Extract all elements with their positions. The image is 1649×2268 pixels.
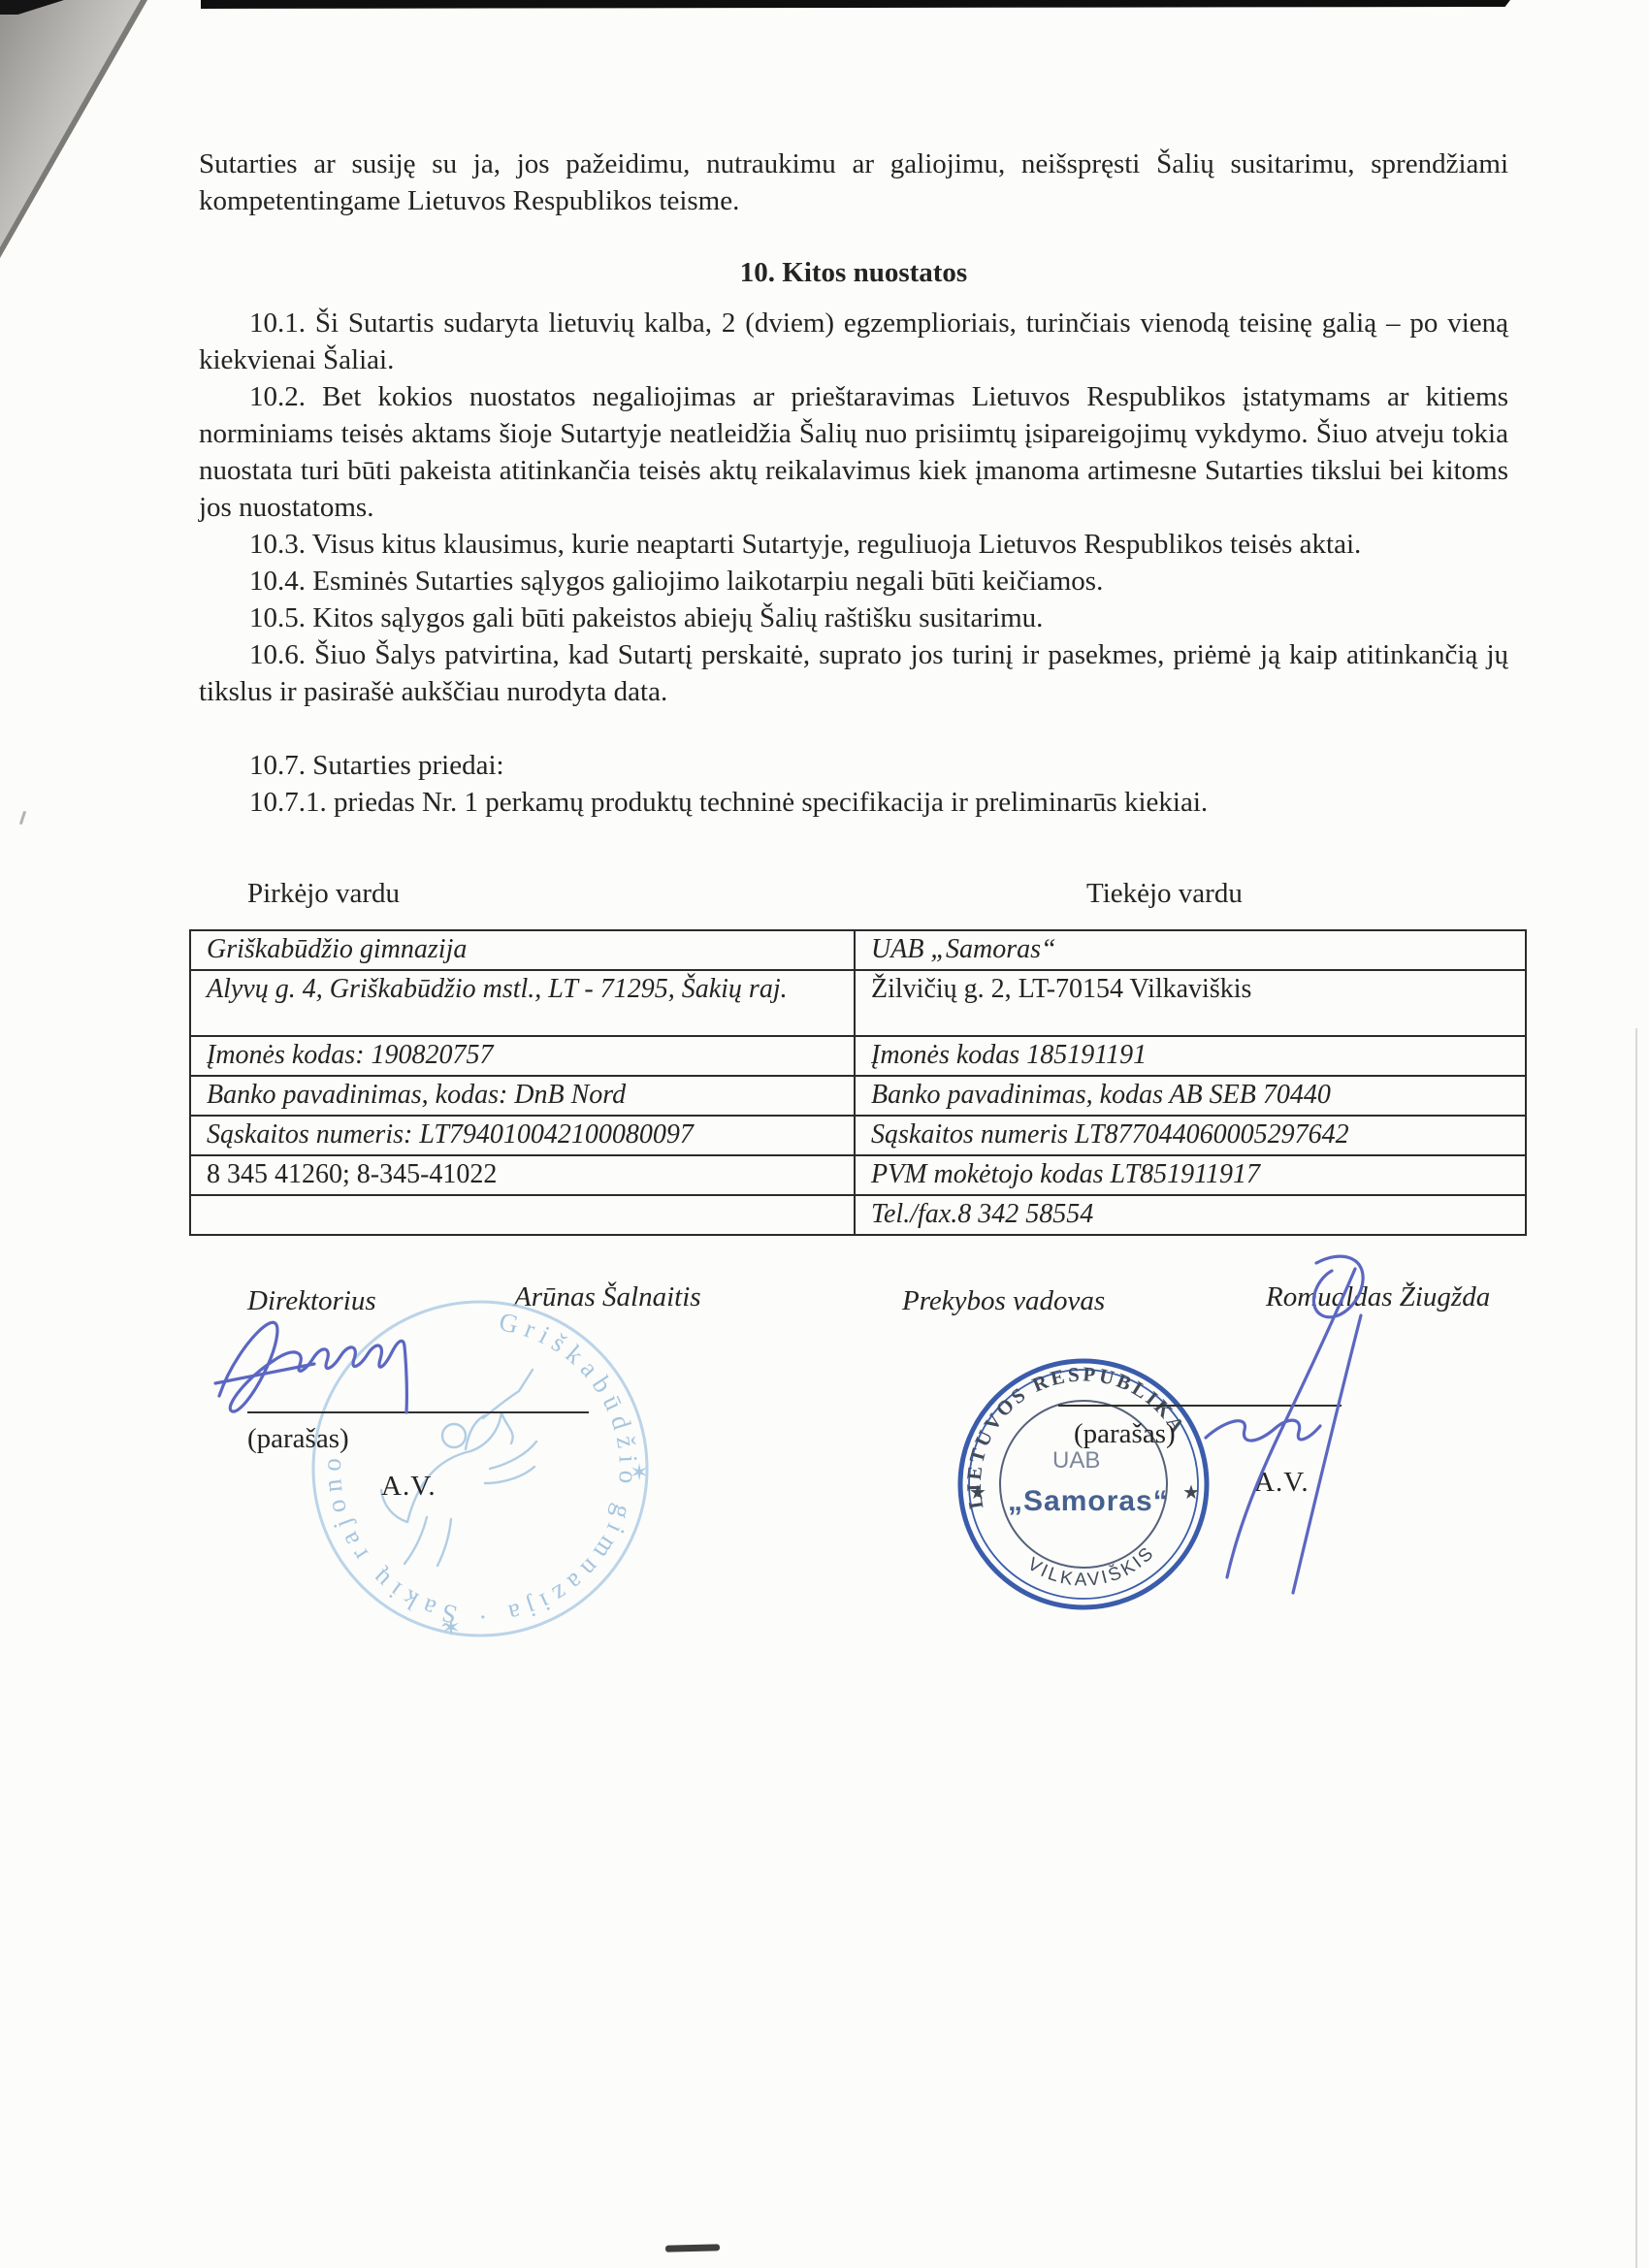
clause-10-6: 10.6. Šiuo Šalys patvirtina, kad Sutartį… [199,636,1508,710]
buyer-header: Pirkėjo vardu [247,875,400,912]
buyer-bank-cell: Banko pavadinimas, kodas: DnB Nord [190,1076,855,1116]
seller-address-cell: Žilvičių g. 2, LT-70154 Vilkaviškis [855,970,1526,1036]
table-row: Įmonės kodas: 190820757 Įmonės kodas 185… [190,1036,1526,1076]
buyer-account-cell: Sąskaitos numeris: LT794010042100080097 [190,1116,855,1155]
buyer-empty-cell [190,1195,855,1235]
seller-bank-cell: Banko pavadinimas, kodas AB SEB 70440 [855,1076,1526,1116]
buyer-signature-ink [213,1304,504,1440]
buyer-company-code-cell: Įmonės kodas: 190820757 [190,1036,855,1076]
seller-signature-caption: (parašas) [1074,1415,1176,1452]
parties-table: Griškabūdžio gimnazija UAB „Samoras“ Aly… [189,929,1527,1236]
buyer-stamp-star-icon: ✶ [441,1616,461,1641]
buyer-stamp-star-icon: ✶ [630,1461,649,1486]
seller-signature-ink [1179,1247,1411,1597]
seller-header: Tiekėjo vardu [1086,875,1243,912]
clause-10-3: 10.3. Visus kitus klausimus, kurie neapt… [199,526,1508,563]
contract-text: Sutarties ar susiję su ja, jos pažeidimu… [199,146,1508,1886]
signature-area: Griškabūdžio gimnazija · Šakių rajono ✶ … [199,1265,1508,1886]
buyer-seal-note: A.V. [381,1468,436,1505]
scanned-contract-page: Sutarties ar susiję su ja, jos pažeidimu… [0,0,1649,2268]
clause-10-2: 10.2. Bet kokios nuostatos negaliojimas … [199,378,1508,526]
scan-left-speck [19,811,26,825]
party-headers: Pirkėjo vardu Tiekėjo vardu [199,875,1508,912]
seller-signer-role: Prekybos vadovas [902,1282,1105,1319]
scan-right-edge-line [1635,1028,1637,2268]
table-row: Tel./fax.8 342 58554 [190,1195,1526,1235]
table-row: 8 345 41260; 8-345-41022 PVM mokėtojo ko… [190,1155,1526,1195]
table-row: Sąskaitos numeris: LT794010042100080097 … [190,1116,1526,1155]
table-row: Banko pavadinimas, kodas: DnB Nord Banko… [190,1076,1526,1116]
section-heading: 10. Kitos nuostatos [199,254,1508,291]
clause-10-7-1: 10.7.1. priedas Nr. 1 perkamų produktų t… [199,784,1508,821]
page-corner-fold [0,0,141,247]
table-row: Alyvų g. 4, Griškabūdžio mstl., LT - 712… [190,970,1526,1036]
buyer-phone-cell: 8 345 41260; 8-345-41022 [190,1155,855,1195]
seller-vat-code-cell: PVM mokėtojo kodas LT851911917 [855,1155,1526,1195]
seller-stamp-company-name: „Samoras“ [1008,1485,1169,1517]
buyer-address-cell: Alyvų g. 4, Griškabūdžio mstl., LT - 712… [190,970,855,1036]
scan-bottom-mark [665,2244,720,2252]
seller-telfax-cell: Tel./fax.8 342 58554 [855,1195,1526,1235]
clause-10-4: 10.4. Esminės Sutarties sąlygos galiojim… [199,563,1508,599]
clause-10-1: 10.1. Ši Sutartis sudaryta lietuvių kalb… [199,305,1508,378]
clause-10-5: 10.5. Kitos sąlygos gali būti pakeistos … [199,599,1508,636]
seller-account-cell: Sąskaitos numeris LT877044060005297642 [855,1116,1526,1155]
seller-stamp-star-icon: ★ [969,1482,986,1504]
seller-name-cell: UAB „Samoras“ [855,930,1526,970]
buyer-name-cell: Griškabūdžio gimnazija [190,930,855,970]
clause-jurisdiction: Sutarties ar susiję su ja, jos pažeidimu… [199,146,1508,219]
clause-10-7: 10.7. Sutarties priedai: [199,747,1508,784]
seller-company-code-cell: Įmonės kodas 185191191 [855,1036,1526,1076]
table-row: Griškabūdžio gimnazija UAB „Samoras“ [190,930,1526,970]
scan-top-edge-bar [201,0,1510,9]
